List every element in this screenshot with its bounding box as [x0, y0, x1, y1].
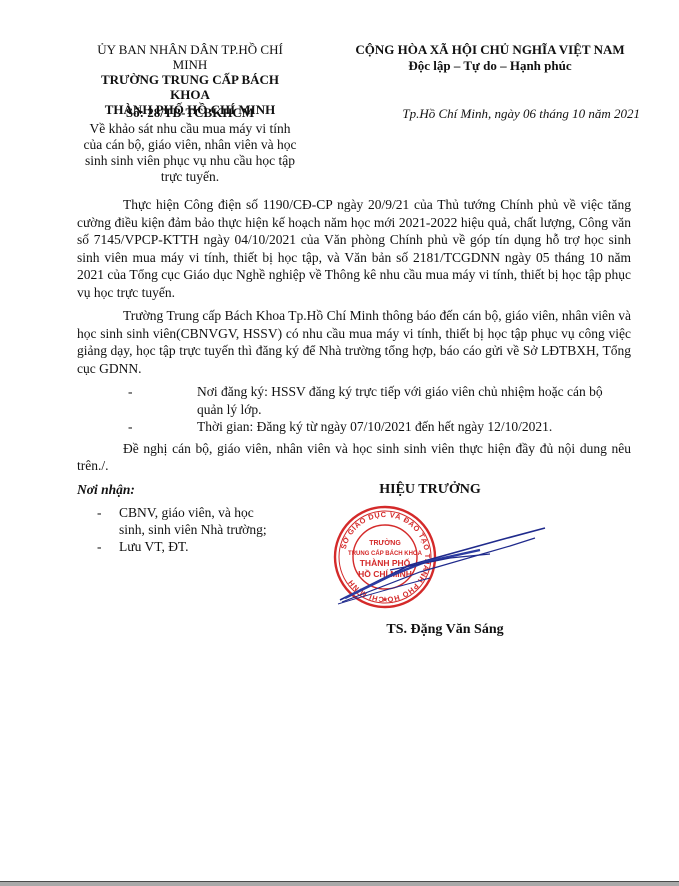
list-item-text: Nơi đăng ký: HSSV đăng ký trực tiếp với …	[197, 384, 603, 417]
signer-title: HIỆU TRƯỞNG	[340, 482, 520, 498]
document-number: Số: 28/TB-TCBKHCM	[80, 105, 300, 121]
recipient-text: CBNV, giáo viên, và học sinh, sinh viên …	[119, 505, 267, 537]
body-paragraph-2: Trường Trung cấp Bách Khoa Tp.Hồ Chí Min…	[77, 307, 631, 377]
list-item: - Nơi đăng ký: HSSV đăng ký trực tiếp vớ…	[77, 383, 631, 418]
document-page: ỦY BAN NHÂN DÂN TP.HỒ CHÍ MINH TRƯỜNG TR…	[0, 0, 679, 881]
document-subject: Về khảo sát nhu cầu mua máy vi tính của …	[80, 121, 300, 185]
bullet-dash: -	[97, 504, 102, 521]
handwritten-signature-icon	[330, 520, 560, 610]
document-number-block: Số: 28/TB-TCBKHCM Về khảo sát nhu cầu mu…	[80, 105, 300, 185]
date-line: Tp.Hồ Chí Minh, ngày 06 tháng 10 năm 202…	[370, 106, 640, 122]
list-item: - CBNV, giáo viên, và học sinh, sinh viê…	[77, 504, 277, 538]
bullet-dash: -	[97, 538, 102, 555]
bullet-dash: -	[128, 383, 133, 401]
signer-name: TS. Đặng Văn Sáng	[340, 622, 550, 638]
body-paragraph-3: Đề nghị cán bộ, giáo viên, nhân viên và …	[77, 440, 631, 475]
national-motto: Độc lập – Tự do – Hạnh phúc	[340, 58, 640, 74]
body-paragraph-1: Thực hiện Công điện số 1190/CĐ-CP ngày 2…	[77, 196, 631, 301]
school-name-line1: TRƯỜNG TRUNG CẤP BÁCH KHOA	[80, 72, 300, 102]
document-body: Thực hiện Công điện số 1190/CĐ-CP ngày 2…	[77, 196, 631, 481]
national-header: CỘNG HÒA XÃ HỘI CHỦ NGHĨA VIỆT NAM Độc l…	[340, 42, 640, 74]
recipients-label: Nơi nhận:	[77, 481, 307, 498]
list-item-text: Thời gian: Đăng ký từ ngày 07/10/2021 đế…	[197, 419, 552, 434]
list-item: - Thời gian: Đăng ký từ ngày 07/10/2021 …	[77, 418, 631, 436]
list-item: - Lưu VT, ĐT.	[77, 538, 277, 555]
agency-name: ỦY BAN NHÂN DÂN TP.HỒ CHÍ MINH	[80, 42, 300, 72]
recipient-text: Lưu VT, ĐT.	[119, 539, 189, 554]
recipients-list: - CBNV, giáo viên, và học sinh, sinh viê…	[77, 504, 307, 555]
country-name: CỘNG HÒA XÃ HỘI CHỦ NGHĨA VIỆT NAM	[340, 42, 640, 58]
viewer-bottom-edge	[0, 881, 679, 886]
bullet-dash: -	[128, 418, 133, 436]
details-list: - Nơi đăng ký: HSSV đăng ký trực tiếp vớ…	[77, 383, 631, 436]
recipients-block: Nơi nhận: - CBNV, giáo viên, và học sinh…	[77, 481, 307, 555]
